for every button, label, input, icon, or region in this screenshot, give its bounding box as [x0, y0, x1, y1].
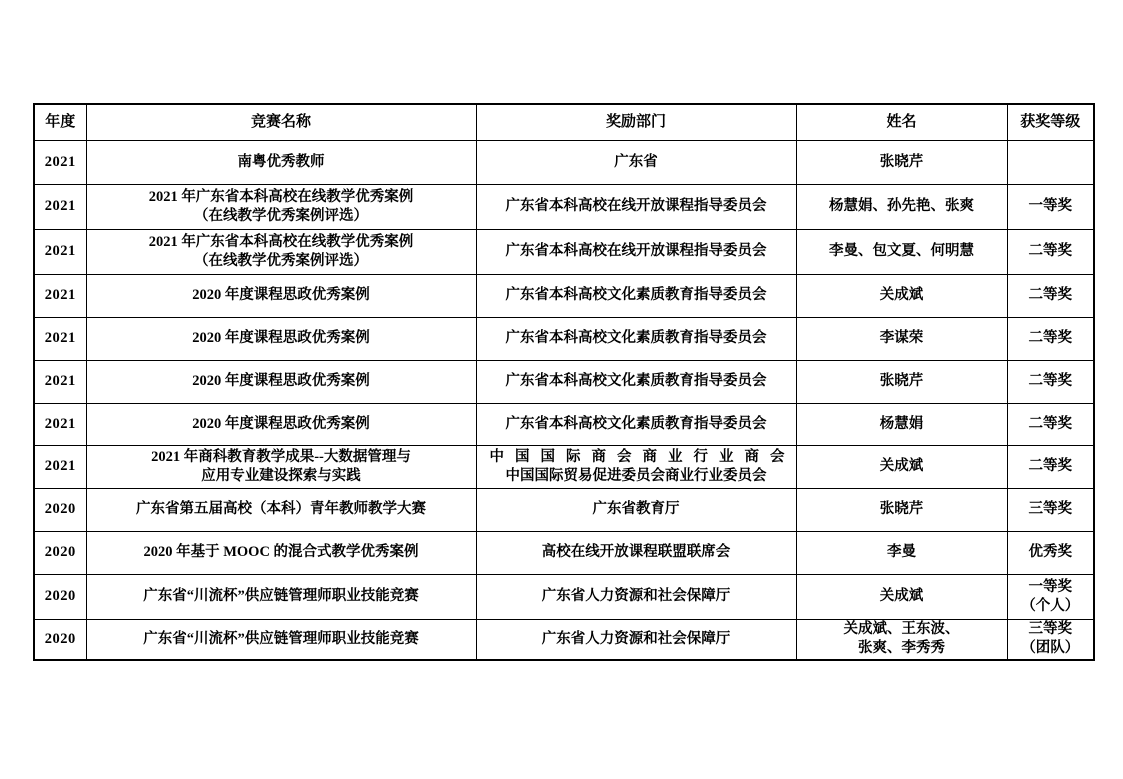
cell-line: （个人）	[1010, 597, 1092, 616]
cell-line: 2021 年广东省本科高校在线教学优秀案例	[89, 188, 474, 207]
cell-line: 中国国际贸易促进委员会商业行业委员会	[479, 467, 794, 486]
cell-line: 张爽、李秀秀	[799, 639, 1005, 658]
cell-line: 应用专业建设探索与实践	[89, 467, 474, 486]
cell-department: 广东省教育厅	[476, 488, 796, 531]
cell-line: 高校在线开放课程联盟联席会	[479, 543, 794, 562]
cell-line: 关成斌	[799, 286, 1005, 305]
cell-award: 二等奖	[1007, 445, 1094, 488]
cell-line: （在线教学优秀案例评选）	[89, 207, 474, 226]
cell-names: 杨慧娟	[796, 403, 1007, 445]
cell-line: 二等奖	[1010, 242, 1092, 261]
cell-department: 广东省本科高校文化素质教育指导委员会	[476, 403, 796, 445]
cell-line: 2020 年度课程思政优秀案例	[89, 286, 474, 305]
cell-year: 2020	[34, 619, 86, 660]
cell-award: 三等奖	[1007, 488, 1094, 531]
cell-line: 广东省“川流杯”供应链管理师职业技能竞赛	[89, 630, 474, 649]
cell-line: 李曼、包文夏、何明慧	[799, 242, 1005, 261]
cell-line: 一等奖	[1010, 578, 1092, 597]
cell-line: 李谋荣	[799, 329, 1005, 348]
cell-award: 二等奖	[1007, 229, 1094, 274]
cell-line: 广东省本科高校在线开放课程指导委员会	[479, 242, 794, 261]
cell-competition: 2021 年广东省本科高校在线教学优秀案例（在线教学优秀案例评选）	[86, 184, 476, 229]
table-row: 2020广东省“川流杯”供应链管理师职业技能竞赛广东省人力资源和社会保障厅关成斌…	[34, 619, 1094, 660]
cell-award: 二等奖	[1007, 360, 1094, 403]
cell-department: 高校在线开放课程联盟联席会	[476, 531, 796, 574]
cell-year: 2021	[34, 184, 86, 229]
cell-line: 二等奖	[1010, 286, 1092, 305]
cell-line: 广东省第五届高校（本科）青年教师教学大赛	[89, 500, 474, 519]
cell-line: 广东省本科高校文化素质教育指导委员会	[479, 372, 794, 391]
cell-line: （团队）	[1010, 639, 1092, 658]
cell-year: 2021	[34, 229, 86, 274]
cell-line: 张晓芹	[799, 153, 1005, 172]
cell-year: 2021	[34, 360, 86, 403]
cell-line: 中国国际商会商业行业商会	[479, 448, 794, 467]
cell-names: 张晓芹	[796, 360, 1007, 403]
table-row: 20212020 年度课程思政优秀案例广东省本科高校文化素质教育指导委员会张晓芹…	[34, 360, 1094, 403]
cell-line: 一等奖	[1010, 197, 1092, 216]
column-header-names: 姓名	[796, 104, 1007, 140]
cell-line: 张晓芹	[799, 500, 1005, 519]
cell-names: 关成斌	[796, 274, 1007, 317]
cell-line: 2021 年商科教育教学成果--大数据管理与	[89, 448, 474, 467]
cell-names: 关成斌	[796, 445, 1007, 488]
cell-line: 李曼	[799, 543, 1005, 562]
cell-line: 广东省人力资源和社会保障厅	[479, 630, 794, 649]
cell-year: 2021	[34, 140, 86, 184]
table-row: 20212020 年度课程思政优秀案例广东省本科高校文化素质教育指导委员会李谋荣…	[34, 317, 1094, 360]
column-header-competition: 竞赛名称	[86, 104, 476, 140]
cell-line: 杨慧娟、孙先艳、张爽	[799, 197, 1005, 216]
cell-line: 2020 年度课程思政优秀案例	[89, 372, 474, 391]
cell-award: 二等奖	[1007, 403, 1094, 445]
table-row: 2020广东省第五届高校（本科）青年教师教学大赛广东省教育厅张晓芹三等奖	[34, 488, 1094, 531]
cell-year: 2020	[34, 574, 86, 619]
cell-line: 广东省本科高校文化素质教育指导委员会	[479, 286, 794, 305]
cell-line: 广东省“川流杯”供应链管理师职业技能竞赛	[89, 587, 474, 606]
table-row: 20212021 年广东省本科高校在线教学优秀案例（在线教学优秀案例评选）广东省…	[34, 184, 1094, 229]
cell-line: 广东省	[479, 153, 794, 172]
cell-line: 关成斌	[799, 457, 1005, 476]
cell-department: 广东省本科高校在线开放课程指导委员会	[476, 229, 796, 274]
cell-year: 2020	[34, 531, 86, 574]
cell-competition: 2020 年度课程思政优秀案例	[86, 274, 476, 317]
cell-department: 广东省本科高校文化素质教育指导委员会	[476, 274, 796, 317]
cell-names: 关成斌	[796, 574, 1007, 619]
cell-line: 广东省本科高校在线开放课程指导委员会	[479, 197, 794, 216]
cell-line: 二等奖	[1010, 415, 1092, 434]
cell-line: 2020 年度课程思政优秀案例	[89, 329, 474, 348]
cell-award: 二等奖	[1007, 317, 1094, 360]
cell-department: 广东省	[476, 140, 796, 184]
cell-department: 广东省本科高校在线开放课程指导委员会	[476, 184, 796, 229]
cell-department: 广东省本科高校文化素质教育指导委员会	[476, 360, 796, 403]
table-row: 2021南粤优秀教师广东省张晓芹	[34, 140, 1094, 184]
column-header-department: 奖励部门	[476, 104, 796, 140]
cell-department: 广东省人力资源和社会保障厅	[476, 619, 796, 660]
cell-department: 广东省人力资源和社会保障厅	[476, 574, 796, 619]
cell-line: 广东省本科高校文化素质教育指导委员会	[479, 329, 794, 348]
cell-names: 李谋荣	[796, 317, 1007, 360]
cell-line: 三等奖	[1010, 500, 1092, 519]
cell-year: 2021	[34, 317, 86, 360]
table-header: 年度竞赛名称奖励部门姓名获奖等级	[34, 104, 1094, 140]
cell-line: 广东省人力资源和社会保障厅	[479, 587, 794, 606]
table-row: 20212020 年度课程思政优秀案例广东省本科高校文化素质教育指导委员会杨慧娟…	[34, 403, 1094, 445]
cell-line: 广东省本科高校文化素质教育指导委员会	[479, 415, 794, 434]
table-header-row: 年度竞赛名称奖励部门姓名获奖等级	[34, 104, 1094, 140]
cell-names: 关成斌、王东波、张爽、李秀秀	[796, 619, 1007, 660]
cell-line: 张晓芹	[799, 372, 1005, 391]
cell-line: 2020 年基于 MOOC 的混合式教学优秀案例	[89, 543, 474, 562]
cell-competition: 2020 年基于 MOOC 的混合式教学优秀案例	[86, 531, 476, 574]
cell-line: 广东省教育厅	[479, 500, 794, 519]
cell-award: 一等奖	[1007, 184, 1094, 229]
cell-line: 优秀奖	[1010, 543, 1092, 562]
cell-line: （在线教学优秀案例评选）	[89, 252, 474, 271]
cell-competition: 2021 年广东省本科高校在线教学优秀案例（在线教学优秀案例评选）	[86, 229, 476, 274]
cell-award: 一等奖（个人）	[1007, 574, 1094, 619]
table-row: 20212021 年商科教育教学成果--大数据管理与应用专业建设探索与实践中国国…	[34, 445, 1094, 488]
cell-line: 二等奖	[1010, 329, 1092, 348]
cell-names: 张晓芹	[796, 140, 1007, 184]
table-row: 20212021 年广东省本科高校在线教学优秀案例（在线教学优秀案例评选）广东省…	[34, 229, 1094, 274]
cell-competition: 2020 年度课程思政优秀案例	[86, 317, 476, 360]
table-body: 2021南粤优秀教师广东省张晓芹20212021 年广东省本科高校在线教学优秀案…	[34, 140, 1094, 660]
cell-names: 张晓芹	[796, 488, 1007, 531]
cell-year: 2021	[34, 445, 86, 488]
cell-department: 中国国际商会商业行业商会中国国际贸易促进委员会商业行业委员会	[476, 445, 796, 488]
cell-line: 杨慧娟	[799, 415, 1005, 434]
cell-line: 二等奖	[1010, 457, 1092, 476]
cell-competition: 广东省“川流杯”供应链管理师职业技能竞赛	[86, 619, 476, 660]
cell-competition: 广东省第五届高校（本科）青年教师教学大赛	[86, 488, 476, 531]
cell-line: 三等奖	[1010, 620, 1092, 639]
cell-department: 广东省本科高校文化素质教育指导委员会	[476, 317, 796, 360]
cell-year: 2020	[34, 488, 86, 531]
cell-competition: 2020 年度课程思政优秀案例	[86, 360, 476, 403]
cell-award: 三等奖（团队）	[1007, 619, 1094, 660]
cell-names: 李曼	[796, 531, 1007, 574]
cell-award	[1007, 140, 1094, 184]
cell-competition: 南粤优秀教师	[86, 140, 476, 184]
table-row: 20212020 年度课程思政优秀案例广东省本科高校文化素质教育指导委员会关成斌…	[34, 274, 1094, 317]
cell-line: 关成斌、王东波、	[799, 620, 1005, 639]
table-row: 2020广东省“川流杯”供应链管理师职业技能竞赛广东省人力资源和社会保障厅关成斌…	[34, 574, 1094, 619]
cell-competition: 2021 年商科教育教学成果--大数据管理与应用专业建设探索与实践	[86, 445, 476, 488]
cell-line: 2021 年广东省本科高校在线教学优秀案例	[89, 233, 474, 252]
cell-line: 2020 年度课程思政优秀案例	[89, 415, 474, 434]
cell-award: 优秀奖	[1007, 531, 1094, 574]
cell-award: 二等奖	[1007, 274, 1094, 317]
cell-year: 2021	[34, 274, 86, 317]
cell-line: 关成斌	[799, 587, 1005, 606]
cell-names: 杨慧娟、孙先艳、张爽	[796, 184, 1007, 229]
awards-table: 年度竞赛名称奖励部门姓名获奖等级 2021南粤优秀教师广东省张晓芹2021202…	[33, 103, 1095, 661]
cell-competition: 2020 年度课程思政优秀案例	[86, 403, 476, 445]
cell-year: 2021	[34, 403, 86, 445]
column-header-award: 获奖等级	[1007, 104, 1094, 140]
table-row: 20202020 年基于 MOOC 的混合式教学优秀案例高校在线开放课程联盟联席…	[34, 531, 1094, 574]
cell-line: 南粤优秀教师	[89, 153, 474, 172]
cell-line: 二等奖	[1010, 372, 1092, 391]
column-header-year: 年度	[34, 104, 86, 140]
cell-names: 李曼、包文夏、何明慧	[796, 229, 1007, 274]
document-page: 年度竞赛名称奖励部门姓名获奖等级 2021南粤优秀教师广东省张晓芹2021202…	[0, 0, 1123, 779]
cell-competition: 广东省“川流杯”供应链管理师职业技能竞赛	[86, 574, 476, 619]
